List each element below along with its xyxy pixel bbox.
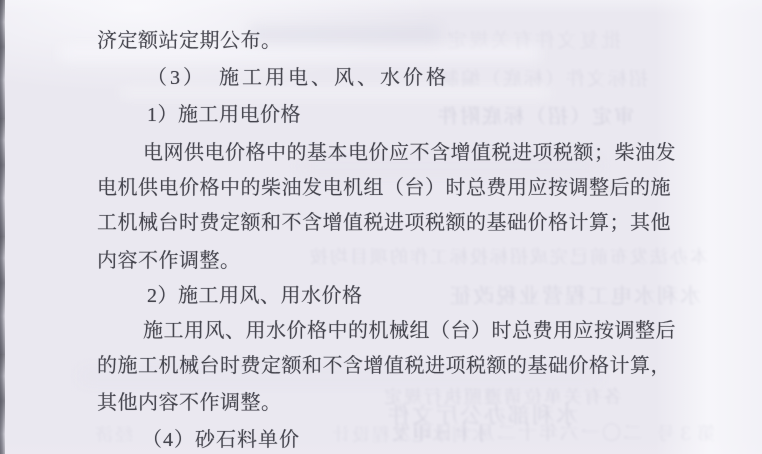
document-line: 其他内容不作调整。 [97, 386, 282, 415]
scanner-edge-shadow [0, 0, 5, 454]
scanned-document-page: 批复文件有关规定 招标文件（标底）编制 审定（招）标底附件 本办法发布前已完成招… [0, 0, 762, 454]
document-line: 济定额站定期公布。 [97, 24, 282, 53]
document-heading: （4）砂石料单价 [142, 423, 300, 452]
bleedthrough-text: 水利部办公厅文件 [386, 399, 578, 430]
document-line: 电机供电价格中的柴油发电机组（台）时总费用应按调整后的施 [97, 171, 671, 200]
bleedthrough-text: 各有关单位请遵照执行规定 [382, 383, 622, 409]
bleedthrough-text: 招标文件（标底）编制 [438, 64, 648, 91]
bleedthrough-text: 批复文件有关规定 [445, 24, 621, 53]
document-line: 工机械台时费定额和不含增值税进项税额的基础价格计算；其他 [97, 206, 671, 235]
bleedthrough-text: 第３号 [655, 420, 715, 446]
document-subheading: 2）施工用风、用水价格 [147, 279, 363, 308]
document-subheading: 1）施工用电价格 [147, 98, 301, 127]
document-heading: （3） 施工用电、风、水价格 [147, 61, 449, 90]
bleedthrough-text: 水利水电工程营业税改征 [448, 280, 701, 310]
bleedthrough-text: 水利水电工程设计 [330, 421, 490, 447]
document-line: 内容不作调整。 [97, 244, 241, 273]
bleedthrough-text: 经济 [93, 421, 133, 447]
document-line: 的施工机械台时费定额和不含增值税进项税额的基础价格计算， [97, 349, 671, 378]
document-line: 施工用风、用水价格中的机械组（台）时总费用应按调整后 [143, 314, 676, 343]
bleedthrough-text: 本办法发布前已完成招标投标工作的项目均按 [308, 243, 708, 269]
bleedthrough-text: 审定（招）标底附件 [436, 100, 634, 129]
document-line: 电网供电价格中的基本电价应不含增值税进项税额；柴油发 [143, 136, 676, 165]
bleedthrough-text: 二〇一六年十二月十日印发 [390, 418, 642, 445]
